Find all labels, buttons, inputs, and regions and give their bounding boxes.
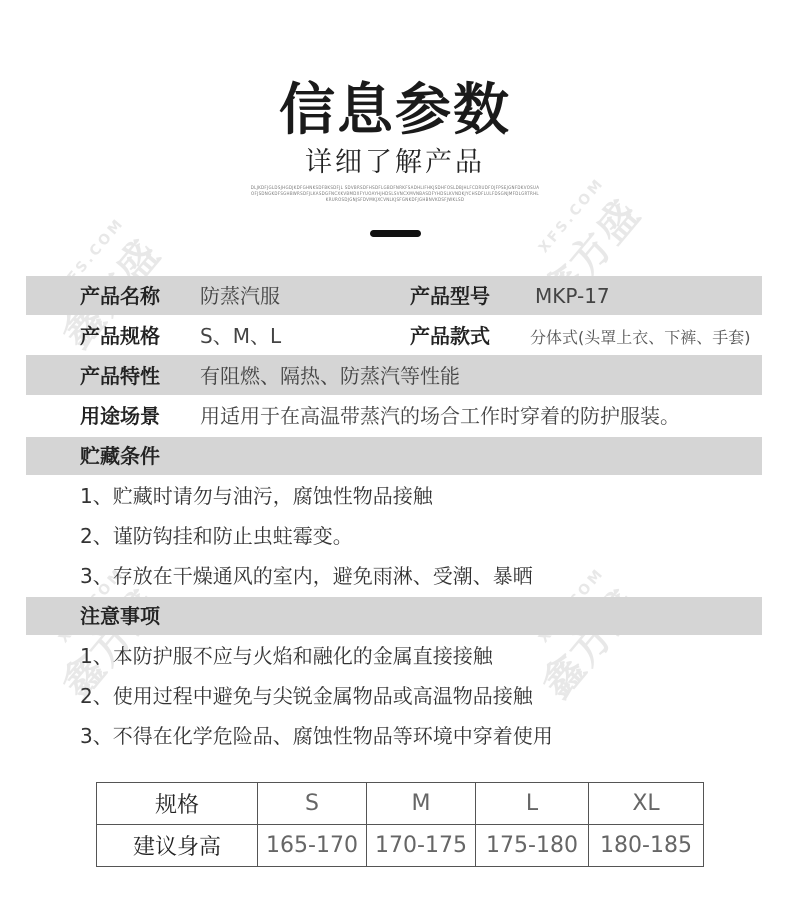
storage-heading: 贮藏条件: [80, 444, 160, 468]
storage-item: 2、谨防钩挂和防止虫蛀霉变。: [80, 524, 353, 548]
size-row-header: 规格: [97, 783, 258, 825]
label-product-spec: 产品规格: [80, 324, 160, 348]
storage-item: 1、贮藏时请勿与油污，腐蚀性物品接触: [80, 484, 433, 508]
size-row: 规格 S M L XL: [97, 783, 704, 825]
value-product-model: MKP-17: [535, 284, 610, 308]
label-product-model: 产品型号: [410, 284, 490, 308]
watermark: XFS.COM 鑫方盛: [515, 565, 652, 708]
value-usage: 用适用于在高温带蒸汽的场合工作时穿着的防护服装。: [200, 404, 680, 428]
storage-item: 3、存放在干燥通风的室内，避免雨淋、受潮、暴晒: [80, 564, 533, 588]
value-product-style: 分体式(头罩上衣、下裤、手套): [530, 326, 751, 350]
size-cell: L: [476, 783, 589, 825]
height-row: 建议身高 165-170 170-175 175-180 180-185: [97, 825, 704, 867]
notes-item: 2、使用过程中避免与尖锐金属物品或高温物品接触: [80, 684, 533, 708]
value-product-name: 防蒸汽服: [200, 284, 280, 308]
page-title: 信息参数: [0, 78, 790, 144]
height-cell: 165-170: [258, 825, 367, 867]
value-product-spec: S、M、L: [200, 324, 281, 348]
page-subtitle: 详细了解产品: [0, 146, 790, 180]
size-cell: S: [258, 783, 367, 825]
size-table: 规格 S M L XL 建议身高 165-170 170-175 175-180…: [96, 782, 704, 867]
label-product-style: 产品款式: [410, 324, 490, 348]
notes-item: 3、不得在化学危险品、腐蚀性物品等环境中穿着使用: [80, 724, 553, 748]
decorative-filler-text: DLJKDFJGLDSJHGDJKDFGHNKSDFBKSDFJL SDVBRS…: [250, 185, 540, 203]
size-cell: M: [367, 783, 476, 825]
label-product-name: 产品名称: [80, 284, 160, 308]
divider-dash: [370, 230, 421, 237]
height-cell: 175-180: [476, 825, 589, 867]
height-cell: 180-185: [589, 825, 704, 867]
label-usage: 用途场景: [80, 404, 160, 428]
notes-heading: 注意事项: [80, 604, 160, 628]
value-product-feature: 有阻燃、隔热、防蒸汽等性能: [200, 364, 460, 388]
notes-item: 1、本防护服不应与火焰和融化的金属直接接触: [80, 644, 493, 668]
size-cell: XL: [589, 783, 704, 825]
height-row-header: 建议身高: [97, 825, 258, 867]
height-cell: 170-175: [367, 825, 476, 867]
label-product-feature: 产品特性: [80, 364, 160, 388]
